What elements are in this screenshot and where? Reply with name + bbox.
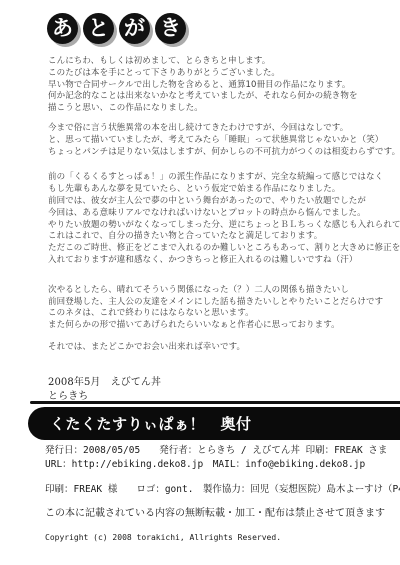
text-line: 描こうと思い、この作品になりました。 [48, 103, 393, 115]
paragraph: 前の「くるくるすとっぱぁ！」の派生作品になりますが、完全な続編って感じではなく … [48, 172, 393, 266]
publication-info-line: 発行日：2008/05/05 発行者：とらきち / えびてん丼 印刷：FREAK… [45, 444, 395, 458]
paragraph: こんにちわ、もしくは初めまして、とらきちと申します。 このたびは本を手にとって下… [48, 56, 393, 115]
text-line: 前回では、彼女が主人公で夢の中という舞台があったので、やりたい放題でしたが [48, 196, 393, 208]
title-char-circle: が [119, 13, 150, 44]
text-line: やりたい放題の勢いがなくなってしまった分、逆にちょっとＢＬちっくな感じも入れられ… [48, 220, 393, 232]
text-line: こんにちわ、もしくは初めまして、とらきちと申します。 [48, 56, 393, 68]
url-mail-line: URL：http://ebiking.deko8.jp MAIL：info@eb… [45, 458, 395, 472]
text-line: と、思って描いていましたが、考えてみたら「睡眠」って状態異常じゃないかと（笑） [48, 135, 393, 147]
copyright-line: Copyright (c) 2008 torakichi, Allrights … [45, 533, 395, 542]
title-char-circle: き [155, 13, 186, 44]
text-line: これはこれで、自分の描きたい物と合っていたなと満足しております。 [48, 231, 393, 243]
reproduction-notice: この本に記載されている内容の無断転載・加工・配布は禁止させて頂きます [45, 504, 395, 519]
credits-line: 印刷：FREAK 様 ロゴ：gont. 製作協力：回児（妄想医院）島木よーすけ（… [45, 483, 395, 497]
text-line: ただこのご時世、修正をどこまで入れるのか難しいところもあって、割りと大きめに修正… [48, 243, 393, 255]
text-line: 前回登場した、主人公の友達をメインにした話も描きたいしとやりたいことだらけです [48, 297, 393, 309]
text-line: 早い物で合同サークルで出した物を含めると、通算10冊目の作品になります。 [48, 80, 393, 92]
afterword-body: こんにちわ、もしくは初めまして、とらきちと申します。 このたびは本を手にとって下… [48, 56, 393, 402]
colophon-info: 発行日：2008/05/05 発行者：とらきち / えびてん丼 印刷：FREAK… [45, 444, 395, 542]
closing-line: それでは、またどこかでお会い出来れば幸いです。 [48, 342, 393, 354]
text-line: 何か記念的なことは出来ないかなと考えていましたが、それなら何かの続き物を [48, 91, 393, 103]
paragraph: 次やるとしたら、晴れてそういう関係になった（？）二人の関係も描きたいし 前回登場… [48, 285, 393, 332]
colophon-title-bar: くたくたすりぃぱぁ！ 奥付 [28, 407, 400, 440]
paragraph: 今まで俗に言う状態異常の本を出し続けてきたわけですが、今回はなしです。 と、思っ… [48, 123, 393, 158]
text-line: 今まで俗に言う状態異常の本を出し続けてきたわけですが、今回はなしです。 [48, 123, 393, 135]
colophon-title: くたくたすりぃぱぁ！ 奥付 [50, 413, 252, 434]
text-line: 次やるとしたら、晴れてそういう関係になった（？）二人の関係も描きたいし [48, 285, 393, 297]
divider-rule [30, 401, 400, 404]
title-char-circle: あ [47, 13, 78, 44]
text-line: 今回は、ある意味リアルでなければいけないとプロットの時点から悩んでました。 [48, 208, 393, 220]
text-line: このたびは本を手にとって下さりありがとうございました。 [48, 68, 393, 80]
afterword-page: あ と が き こんにちわ、もしくは初めまして、とらきちと申します。 このたびは… [0, 0, 400, 565]
text-line: もし先輩もあんな夢を見ていたら、という仮定で始まる作品になりました。 [48, 184, 393, 196]
text-line: また何らかの形で描いてあげられたらいいなぁと作者心に思っております。 [48, 320, 393, 332]
title-char-circle: と [83, 13, 114, 44]
page-title: あ と が き [47, 13, 186, 44]
text-line: 入れておりますが違和感なく、かつきちっと修正入れるのは難しいですね（汗） [48, 255, 393, 267]
text-line: ちょっとパンチは足りない気はしますが、何かしらの不可抗力がつくのは相変わらずです… [48, 147, 393, 159]
text-line: 前の「くるくるすとっぱぁ！」の派生作品になりますが、完全な続編って感じではなく [48, 172, 393, 184]
date-line: 2008年5月 えびてん丼 [48, 377, 393, 389]
text-line: このネタは、これで終わりにはならないと思います。 [48, 308, 393, 320]
